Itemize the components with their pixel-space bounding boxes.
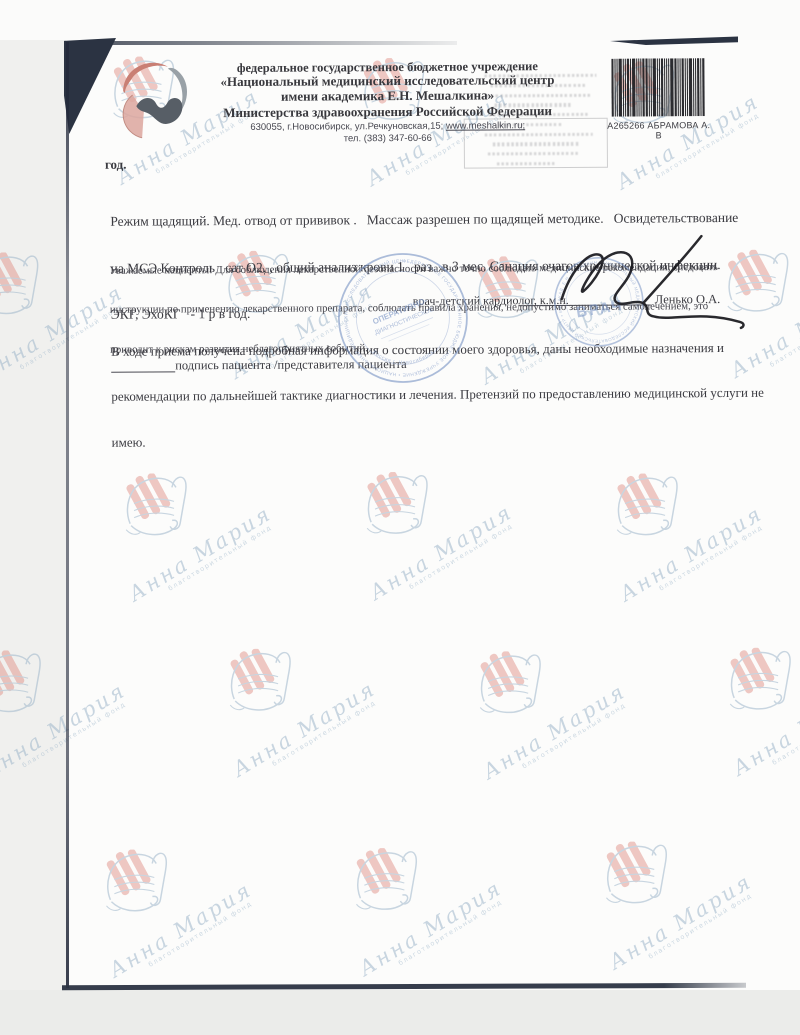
watermark-unit: Анна Мария благотворительный фонд [122,473,293,619]
watermark-logo-icon [352,848,426,914]
watermark-unit: Анна Мария благотворительный фонд [352,847,523,993]
watermark-logo-icon [102,849,176,915]
scanned-document: Анна Мария благотворительный фонд [0,0,800,1035]
watermark-caption: Анна Мария благотворительный фонд [729,675,800,785]
watermark-caption: Анна Мария благотворительный фонд [229,676,384,786]
watermark-caption: Анна Мария благотворительный фонд [605,869,760,979]
clinic-round-stamp: ФЕДЕРАЛЬНОЕ ГОСУДАРСТВЕННОЕ БЮДЖЕТНОЕ УЧ… [332,248,473,389]
watermark-name: Анна Мария [605,869,756,974]
year-fragment: год. [105,157,127,173]
svg-text:Россия г. Новосибирск: Россия г. Новосибирск [371,349,435,366]
watermark-name: Анна Мария [105,877,256,982]
watermark-name: Анна Мария [229,676,380,781]
address-text: 630055, г.Новосибирск, ул.Речкуновская,1… [250,121,446,133]
watermark-unit: Анна Мария благотворительный фонд [613,473,784,619]
consent-line: имею. [112,431,765,450]
website-link: www.meshalkin.ru; [446,120,525,131]
watermark-subtitle: благотворительный фонд [147,896,259,969]
watermark-caption: Анна Мария благотворительный фонд [105,877,260,987]
watermark-unit: Анна Мария благотворительный фонд [363,471,534,617]
watermark-subtitle: благотворительный фонд [21,697,133,770]
watermark-name: Анна Мария [0,678,130,783]
barcode-bars [611,58,705,117]
watermark-subtitle: благотворительный фонд [771,694,800,767]
watermark-subtitle: благотворительный фонд [768,296,800,369]
watermark-subtitle: благотворительный фонд [397,894,509,967]
watermark-logo-icon [476,651,550,717]
watermark-unit: Анна Мария благотворительный фонд [0,650,147,796]
watermark-subtitle: благотворительный фонд [408,518,520,591]
watermark-subtitle: благотворительный фонд [271,695,383,768]
doctor-signature-ink [543,230,754,336]
barcode: А265266 АБРАМОВА А. В [603,58,713,122]
page-left-edge [66,42,69,988]
watermark-subtitle: благотворительный фонд [167,520,279,593]
watermark-subtitle: благотворительный фонд [521,698,633,771]
watermark-name: Анна Мария [366,500,517,605]
watermark-subtitle: благотворительный фонд [658,520,770,593]
watermark-unit: Анна Мария благотворительный фонд [476,651,647,797]
watermark-logo-icon [0,252,48,318]
barcode-label: А265266 АБРАМОВА А. В [604,120,714,141]
org-name-line: имени академика Е.Н. Мешалкина» [172,87,602,104]
watermark-logo-icon [363,472,437,538]
watermark-name: Анна Мария [479,679,630,784]
watermark-subtitle: благотворительный фонд [647,888,759,961]
watermark-caption: Анна Мария благотворительный фонд [616,501,771,611]
watermark-unit: Анна Мария благотворительный фонд [726,647,800,793]
watermark-name: Анна Мария [0,280,128,385]
watermark-name: Анна Мария [616,501,767,606]
watermark-name: Анна Мария [125,501,276,606]
clinic-header: федеральное государственное бюджетное уч… [172,59,603,147]
watermark-name: Анна Мария [729,675,800,780]
page-top-edge [72,41,457,45]
consent-line: рекомендации по дальнейшей тактике диагн… [111,385,764,404]
scan-background-top [0,0,800,40]
watermark-caption: Анна Мария благотворительный фонд [479,679,634,789]
watermark-logo-icon [613,473,687,539]
watermark-logo-icon [602,841,676,907]
paper: Анна Мария благотворительный фонд [0,0,800,1035]
watermark-unit: Анна Мария благотворительный фонд [602,841,773,987]
watermark-logo-icon [726,648,800,714]
stamp-bottom-text: Россия г. Новосибирск [371,349,435,366]
watermark-logo-icon [122,473,196,539]
watermark-caption: Анна Мария благотворительный фонд [355,876,510,986]
watermark-unit: Анна Мария благотворительный фонд [102,849,273,995]
watermark-unit: Анна Мария благотворительный фонд [226,648,397,794]
watermark-caption: Анна Мария благотворительный фонд [125,501,280,611]
recommendation-line: Режим щадящий. Мед. отвод от прививок . … [110,210,738,229]
ministry-line: Министерства здравоохранения Российской … [173,103,603,121]
watermark-name: Анна Мария [355,876,506,981]
watermark-layer: Анна Мария благотворительный фонд [0,0,800,1035]
watermark-caption: Анна Мария благотворительный фонд [366,500,521,610]
watermark-logo-icon [226,649,300,715]
watermark-logo-icon [0,650,50,716]
